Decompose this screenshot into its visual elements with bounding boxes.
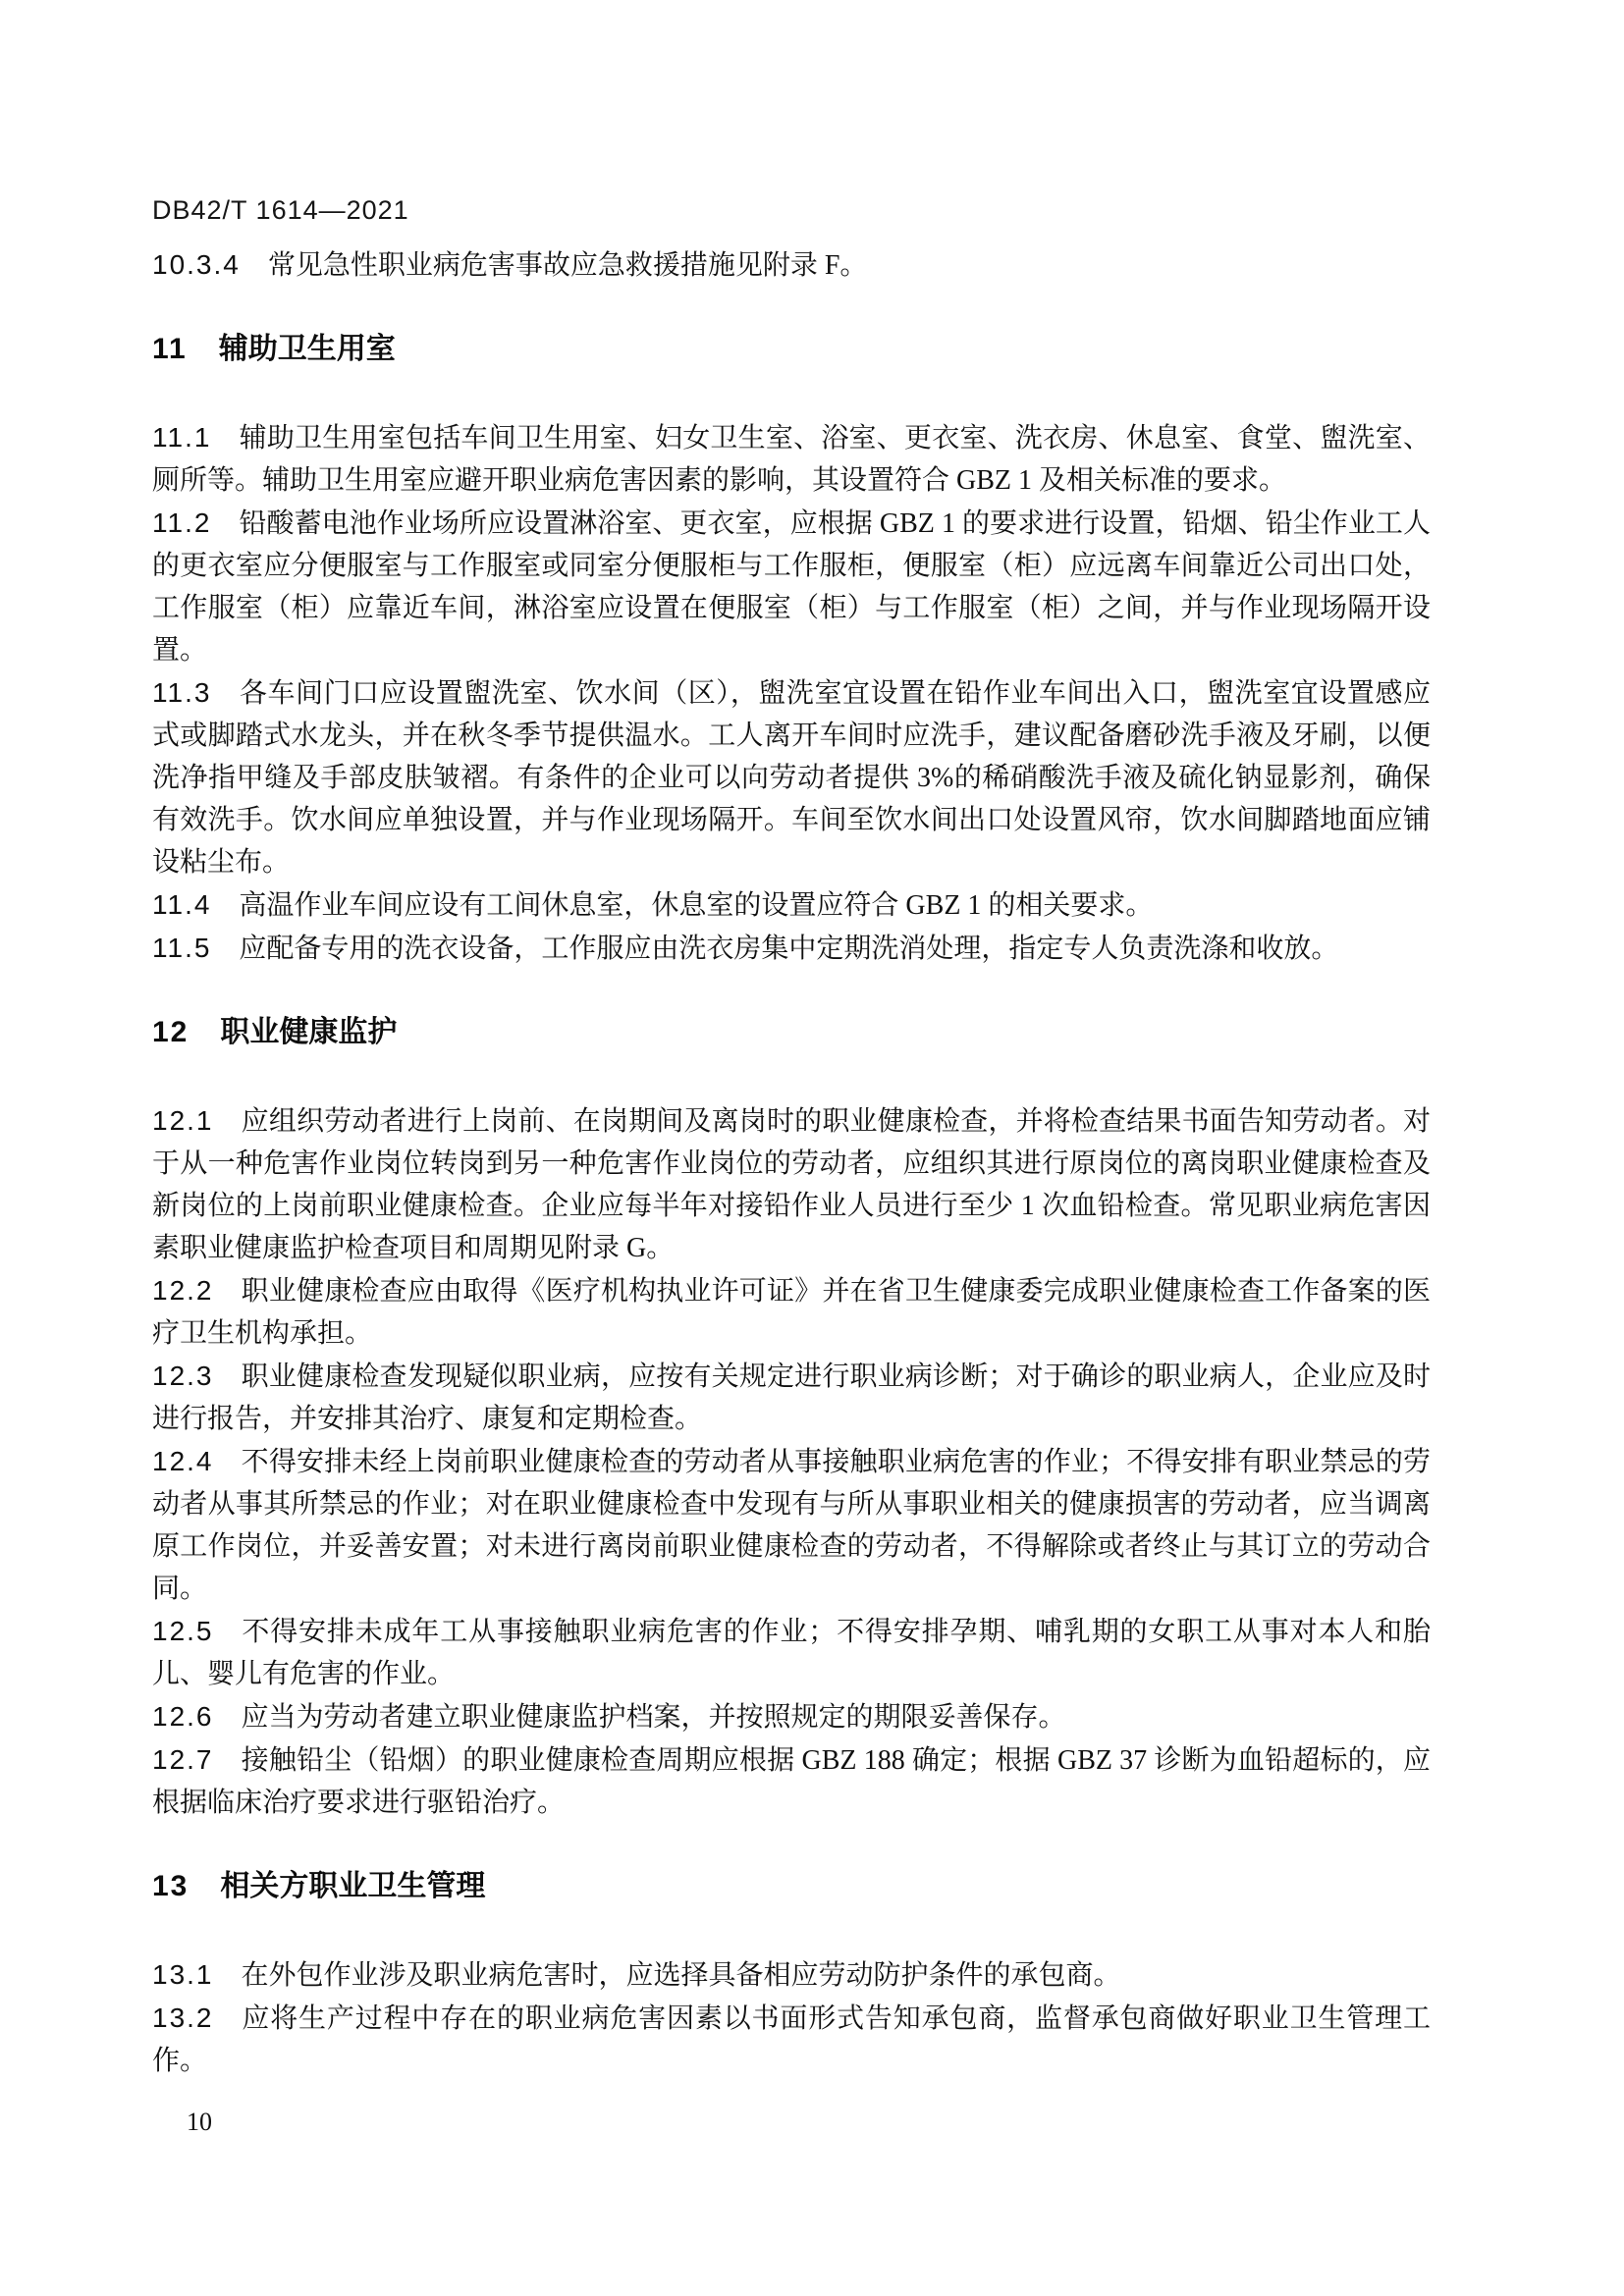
clause-number: 11.1 — [152, 422, 211, 453]
clause-number: 12.2 — [152, 1275, 214, 1306]
clause-number: 12.7 — [152, 1744, 214, 1775]
clause-number: 13.2 — [152, 2002, 214, 2033]
clause-text: 不得安排未经上岗前职业健康检查的劳动者从事接触职业病危害的作业；不得安排有职业禁… — [152, 1447, 1431, 1604]
clause-12-4: 12.4不得安排未经上岗前职业健康检查的劳动者从事接触职业病危害的作业；不得安排… — [152, 1440, 1431, 1610]
clause-12-5: 12.5不得安排未成年工从事接触职业病危害的作业；不得安排孕期、哺乳期的女职工从… — [152, 1610, 1431, 1695]
clause-text: 应将生产过程中存在的职业病危害因素以书面形式告知承包商，监督承包商做好职业卫生管… — [152, 2003, 1431, 2076]
clause-text: 各车间门口应设置盥洗室、饮水间（区），盥洗室宜设置在铅作业车间出入口，盥洗室宜设… — [152, 678, 1431, 878]
clause-number: 11.5 — [152, 933, 211, 963]
section-number: 13 — [152, 1870, 189, 1902]
section-heading-11: 11辅助卫生用室 — [152, 328, 1431, 371]
clause-text: 高温作业车间应设有工间休息室，休息室的设置应符合 GBZ 1 的相关要求。 — [239, 890, 1153, 921]
section-title: 辅助卫生用室 — [219, 333, 396, 365]
clause-number: 10.3.4 — [152, 249, 241, 280]
clause-text: 在外包作业涉及职业病危害时，应选择具备相应劳动防护条件的承包商。 — [242, 1960, 1121, 1991]
clause-12-7: 12.7接触铅尘（铅烟）的职业健康检查周期应根据 GBZ 188 确定；根据 G… — [152, 1738, 1431, 1824]
clause-text: 应当为劳动者建立职业健康监护档案，并按照规定的期限妥善保存。 — [242, 1702, 1066, 1733]
clause-11-1: 11.1辅助卫生用室包括车间卫生用室、妇女卫生室、浴室、更衣室、洗衣房、休息室、… — [152, 416, 1431, 502]
clause-text: 职业健康检查应由取得《医疗机构执业许可证》并在省卫生健康委完成职业健康检查工作备… — [152, 1276, 1431, 1349]
section-title: 职业健康监护 — [220, 1016, 397, 1048]
section-heading-12: 12职业健康监护 — [152, 1011, 1431, 1054]
section-number: 12 — [152, 1016, 189, 1048]
clause-number: 12.4 — [152, 1446, 214, 1476]
clause-text: 常见急性职业病危害事故应急救援措施见附录 F。 — [268, 250, 868, 281]
clause-11-4: 11.4高温作业车间应设有工间休息室，休息室的设置应符合 GBZ 1 的相关要求… — [152, 883, 1431, 927]
clause-text: 接触铅尘（铅烟）的职业健康检查周期应根据 GBZ 188 确定；根据 GBZ 3… — [152, 1745, 1431, 1818]
clause-number: 11.3 — [152, 677, 211, 708]
document-body: DB42/T 1614—2021 10.3.4常见急性职业病危害事故应急救援措施… — [152, 192, 1431, 2082]
section-heading-13: 13相关方职业卫生管理 — [152, 1865, 1431, 1908]
clause-12-6: 12.6应当为劳动者建立职业健康监护档案，并按照规定的期限妥善保存。 — [152, 1695, 1431, 1738]
clause-12-1: 12.1应组织劳动者进行上岗前、在岗期间及离岗时的职业健康检查，并将检查结果书面… — [152, 1099, 1431, 1269]
clause-number: 12.5 — [152, 1616, 214, 1646]
standard-number-header: DB42/T 1614—2021 — [152, 192, 1431, 228]
clause-text: 铅酸蓄电池作业场所应设置淋浴室、更衣室，应根据 GBZ 1 的要求进行设置，铅烟… — [152, 508, 1431, 666]
clause-text: 不得安排未成年工从事接触职业病危害的作业；不得安排孕期、哺乳期的女职工从事对本人… — [152, 1617, 1431, 1689]
section-title: 相关方职业卫生管理 — [220, 1870, 485, 1902]
page-number: 10 — [187, 2107, 212, 2138]
clause-text: 应组织劳动者进行上岗前、在岗期间及离岗时的职业健康检查，并将检查结果书面告知劳动… — [152, 1106, 1431, 1263]
clause-13-1: 13.1在外包作业涉及职业病危害时，应选择具备相应劳动防护条件的承包商。 — [152, 1953, 1431, 1997]
clause-10-3-4: 10.3.4常见急性职业病危害事故应急救援措施见附录 F。 — [152, 243, 1431, 287]
clause-11-2: 11.2铅酸蓄电池作业场所应设置淋浴室、更衣室，应根据 GBZ 1 的要求进行设… — [152, 502, 1431, 671]
clause-text: 职业健康检查发现疑似职业病，应按有关规定进行职业病诊断；对于确诊的职业病人，企业… — [152, 1362, 1431, 1434]
document-page: DB42/T 1614—2021 10.3.4常见急性职业病危害事故应急救援措施… — [0, 0, 1624, 2296]
clause-number: 13.1 — [152, 1959, 214, 1990]
clause-text: 应配备专用的洗衣设备，工作服应由洗衣房集中定期洗消处理，指定专人负责洗涤和收放。 — [239, 934, 1338, 964]
clause-text: 辅助卫生用室包括车间卫生用室、妇女卫生室、浴室、更衣室、洗衣房、休息室、食堂、盥… — [152, 423, 1431, 496]
clause-12-2: 12.2职业健康检查应由取得《医疗机构执业许可证》并在省卫生健康委完成职业健康检… — [152, 1269, 1431, 1355]
clause-11-3: 11.3各车间门口应设置盥洗室、饮水间（区），盥洗室宜设置在铅作业车间出入口，盥… — [152, 671, 1431, 883]
clause-13-2: 13.2应将生产过程中存在的职业病危害因素以书面形式告知承包商，监督承包商做好职… — [152, 1997, 1431, 2082]
clause-12-3: 12.3职业健康检查发现疑似职业病，应按有关规定进行职业病诊断；对于确诊的职业病… — [152, 1355, 1431, 1440]
section-number: 11 — [152, 333, 188, 365]
clause-number: 12.6 — [152, 1701, 214, 1732]
clause-number: 11.2 — [152, 507, 211, 538]
clause-number: 12.1 — [152, 1105, 214, 1136]
clause-11-5: 11.5应配备专用的洗衣设备，工作服应由洗衣房集中定期洗消处理，指定专人负责洗涤… — [152, 927, 1431, 970]
clause-number: 12.3 — [152, 1361, 214, 1391]
clause-number: 11.4 — [152, 889, 211, 920]
